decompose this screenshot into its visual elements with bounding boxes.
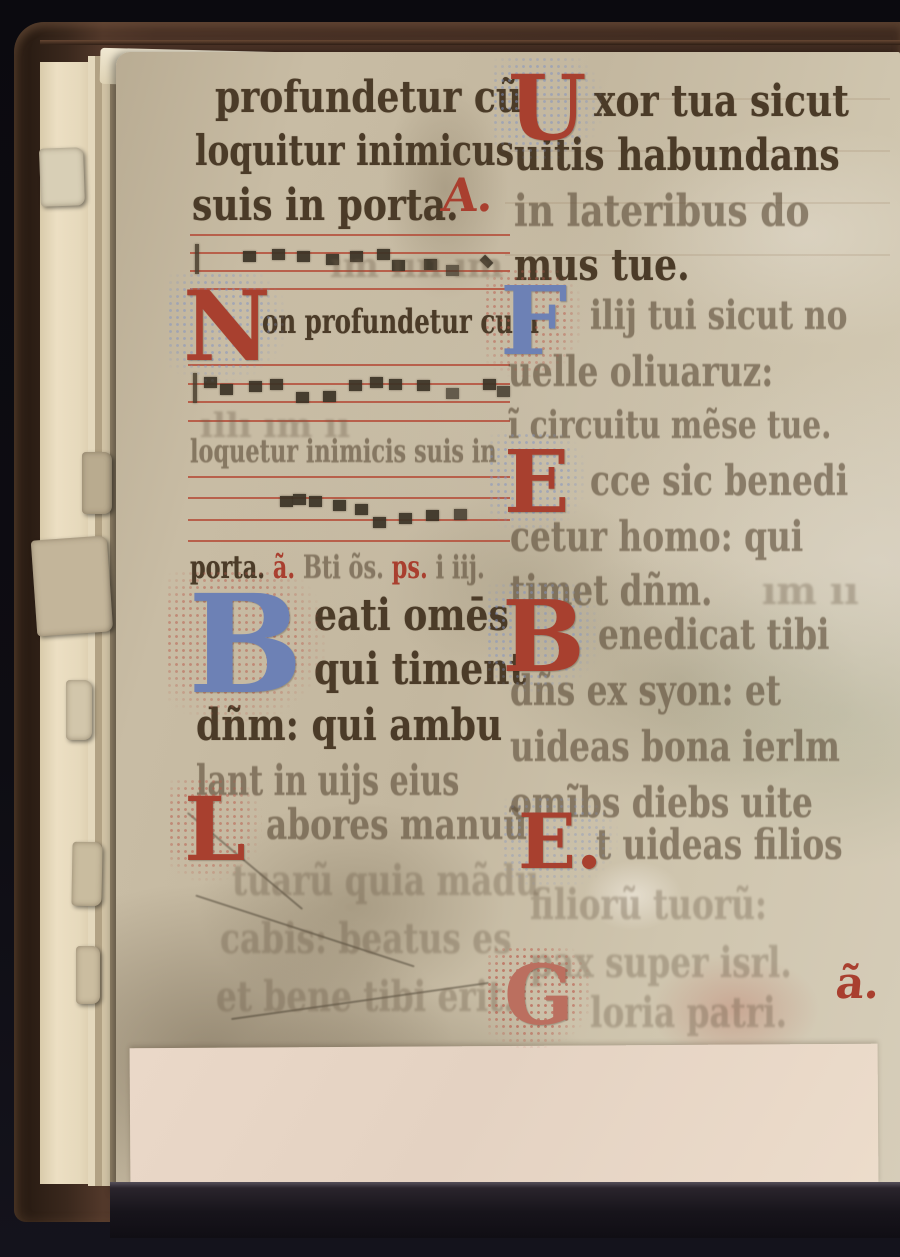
text-line: in lateribus do xyxy=(514,186,810,237)
parchment-tab xyxy=(31,535,114,636)
neume-note xyxy=(454,509,467,520)
text-line: et bene tibi erit. xyxy=(216,972,515,1021)
neume-note xyxy=(309,496,322,507)
text-line: uideas bona ierlm xyxy=(510,722,840,771)
text-line: suis in porta. xyxy=(192,180,459,231)
manuscript-photo: profundetur cũ loquitur inimicus suis in… xyxy=(0,0,900,1257)
initial-B2: B xyxy=(502,596,585,679)
neume-note xyxy=(280,496,293,507)
neume-note xyxy=(373,517,386,528)
neume-note xyxy=(417,380,430,391)
text-line: cce sic benedi xyxy=(590,456,848,505)
initial-E2: E. xyxy=(518,810,602,875)
text-line: xor tua sicut xyxy=(594,76,849,127)
parchment-tab xyxy=(82,452,112,514)
text-line: abores manuũ xyxy=(266,800,527,849)
text-line: loquetur inimicis suis in xyxy=(190,432,497,470)
parchment-tab xyxy=(39,147,85,207)
bleedthrough-text: ım ıııı ım xyxy=(330,246,503,286)
parchment-tab xyxy=(71,842,102,907)
parchment-tab xyxy=(66,680,92,740)
neume-note xyxy=(389,379,402,390)
text-line: cabis: beatus es xyxy=(220,914,512,963)
text-segment: i iij. xyxy=(436,548,485,586)
text-line: t uideas filios xyxy=(596,820,843,869)
initial-B: B xyxy=(188,588,303,704)
neume-note xyxy=(220,384,233,395)
neume-note xyxy=(293,494,306,505)
text-line: enedicat tibi xyxy=(598,610,830,659)
antiphon-mark: ã. xyxy=(833,958,882,1009)
neume-note xyxy=(243,251,256,262)
neume-note xyxy=(323,391,336,402)
initial-U: U xyxy=(508,70,587,147)
antiphon-mark: A. xyxy=(439,168,496,222)
neume-note xyxy=(355,504,368,515)
text-line: profundetur cũ xyxy=(215,72,522,123)
neume-note xyxy=(296,392,309,403)
blank-paper-slip xyxy=(130,1044,879,1189)
text-line: tuarũ quia mãdu xyxy=(232,856,539,905)
initial-F: F xyxy=(500,282,567,363)
neume-note xyxy=(249,381,262,392)
parchment-tab xyxy=(76,946,100,1004)
initial-N: N xyxy=(183,286,271,368)
neume-note xyxy=(333,500,346,511)
music-staff-3 xyxy=(188,476,510,542)
initial-L: L xyxy=(184,792,246,867)
rubric-segment: ps. xyxy=(392,548,436,586)
neume-note xyxy=(399,513,412,524)
bleedthrough-text: ım ıı xyxy=(762,568,859,613)
neume-note xyxy=(483,379,496,390)
neume-note xyxy=(446,388,459,399)
neume-note xyxy=(297,251,310,262)
text-line: loria patri. xyxy=(590,988,787,1037)
leather-top-edge xyxy=(40,40,900,45)
initial-E1: E xyxy=(504,446,570,519)
neume-note xyxy=(272,249,285,260)
text-line: ilij tui sicut no xyxy=(590,292,847,339)
neume-note xyxy=(370,377,383,388)
text-line: eati omēs xyxy=(314,590,509,641)
neume-note xyxy=(426,510,439,521)
lower-cover-edge xyxy=(110,1182,900,1238)
neume-note xyxy=(349,380,362,391)
initial-G: G xyxy=(504,962,574,1032)
